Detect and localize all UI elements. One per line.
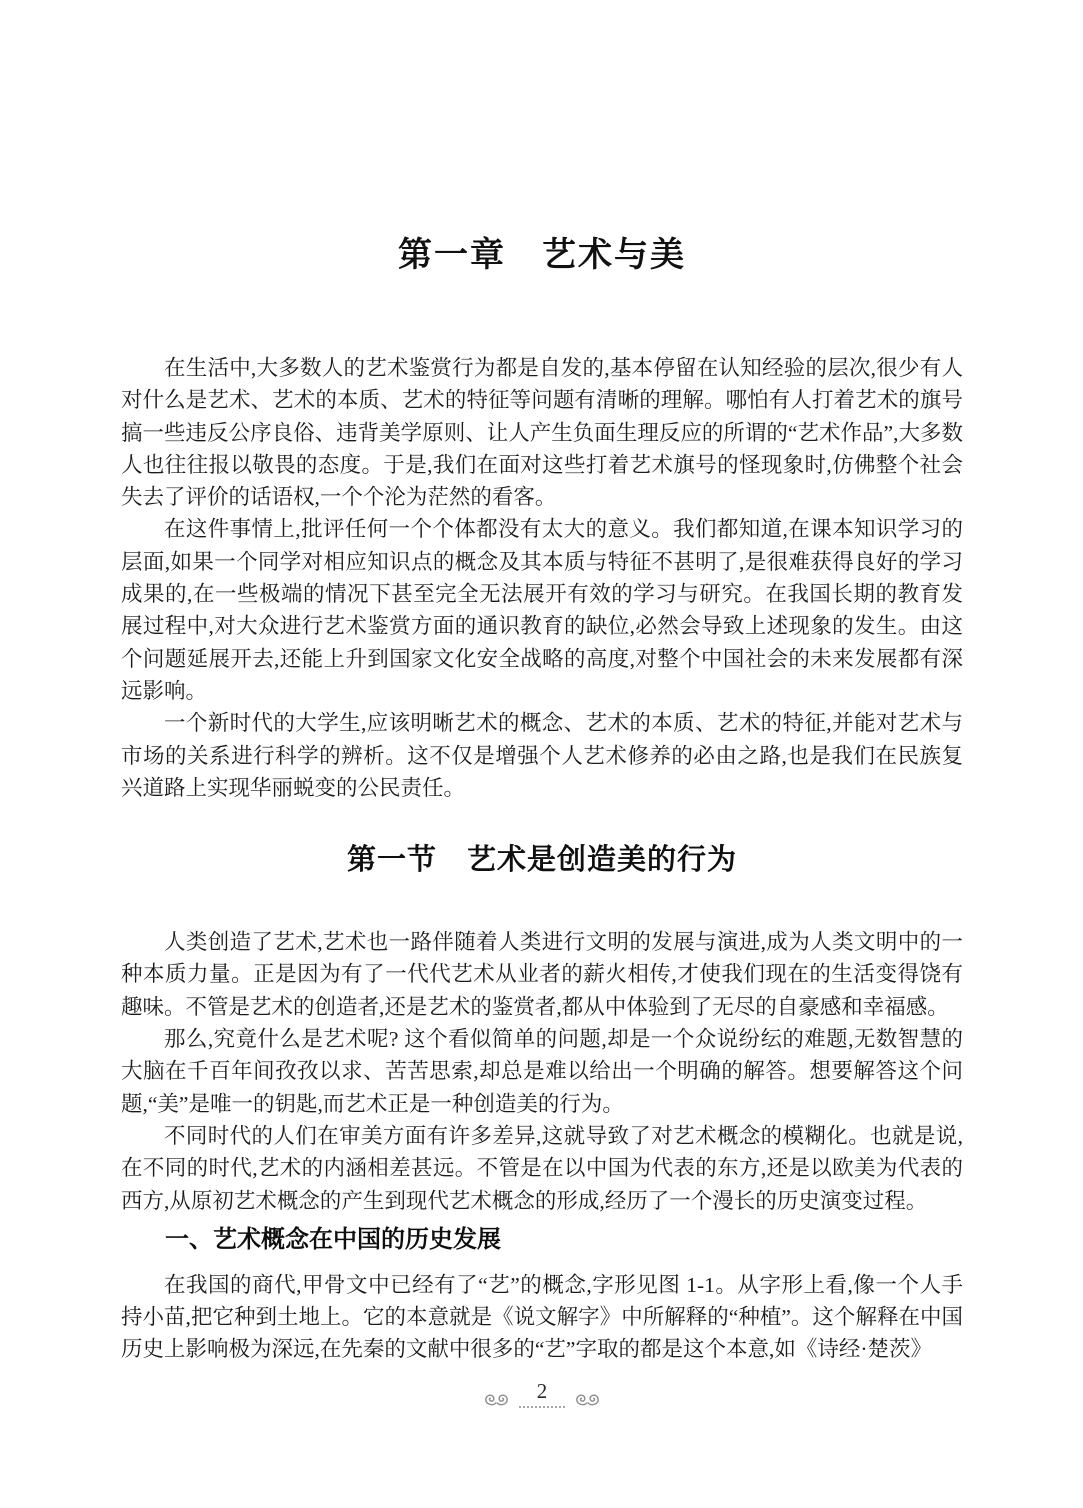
page-footer: 2 (121, 1380, 963, 1408)
paragraph: 那么,究竟什么是艺术呢? 这个看似简单的问题,却是一个众说纷纭的难题,无数智慧的… (121, 1023, 963, 1120)
paragraph: 不同时代的人们在审美方面有许多差异,这就导致了对艺术概念的模糊化。也就是说,在不… (121, 1120, 963, 1217)
section-title: 第一节 艺术是创造美的行为 (121, 840, 963, 880)
subsection-title: 一、艺术概念在中国的历史发展 (121, 1225, 963, 1255)
paragraph: 在生活中,大多数人的艺术鉴赏行为都是自发的,基本停留在认知经验的层次,很少有人对… (121, 352, 963, 513)
page-number: 2 (537, 1380, 548, 1403)
footer-dotted-line (519, 1406, 565, 1408)
fleuron-right-icon (574, 1391, 601, 1407)
fleuron-left-icon (483, 1391, 510, 1407)
paragraph: 在这件事情上,批评任何一个个体都没有太大的意义。我们都知道,在课本知识学习的层面… (121, 513, 963, 707)
paragraph: 在我国的商代,甲骨文中已经有了“艺”的概念,字形见图 1-1。从字形上看,像一个… (121, 1269, 963, 1366)
chapter-title: 第一章 艺术与美 (121, 236, 963, 276)
paragraph: 一个新时代的大学生,应该明晰艺术的概念、艺术的本质、艺术的特征,并能对艺术与市场… (121, 707, 963, 804)
page-number-box: 2 (519, 1380, 565, 1408)
book-page: 第一章 艺术与美 在生活中,大多数人的艺术鉴赏行为都是自发的,基本停留在认知经验… (0, 0, 1083, 1508)
paragraph: 人类创造了艺术,艺术也一路伴随着人类进行文明的发展与演进,成为人类文明中的一种本… (121, 926, 963, 1023)
